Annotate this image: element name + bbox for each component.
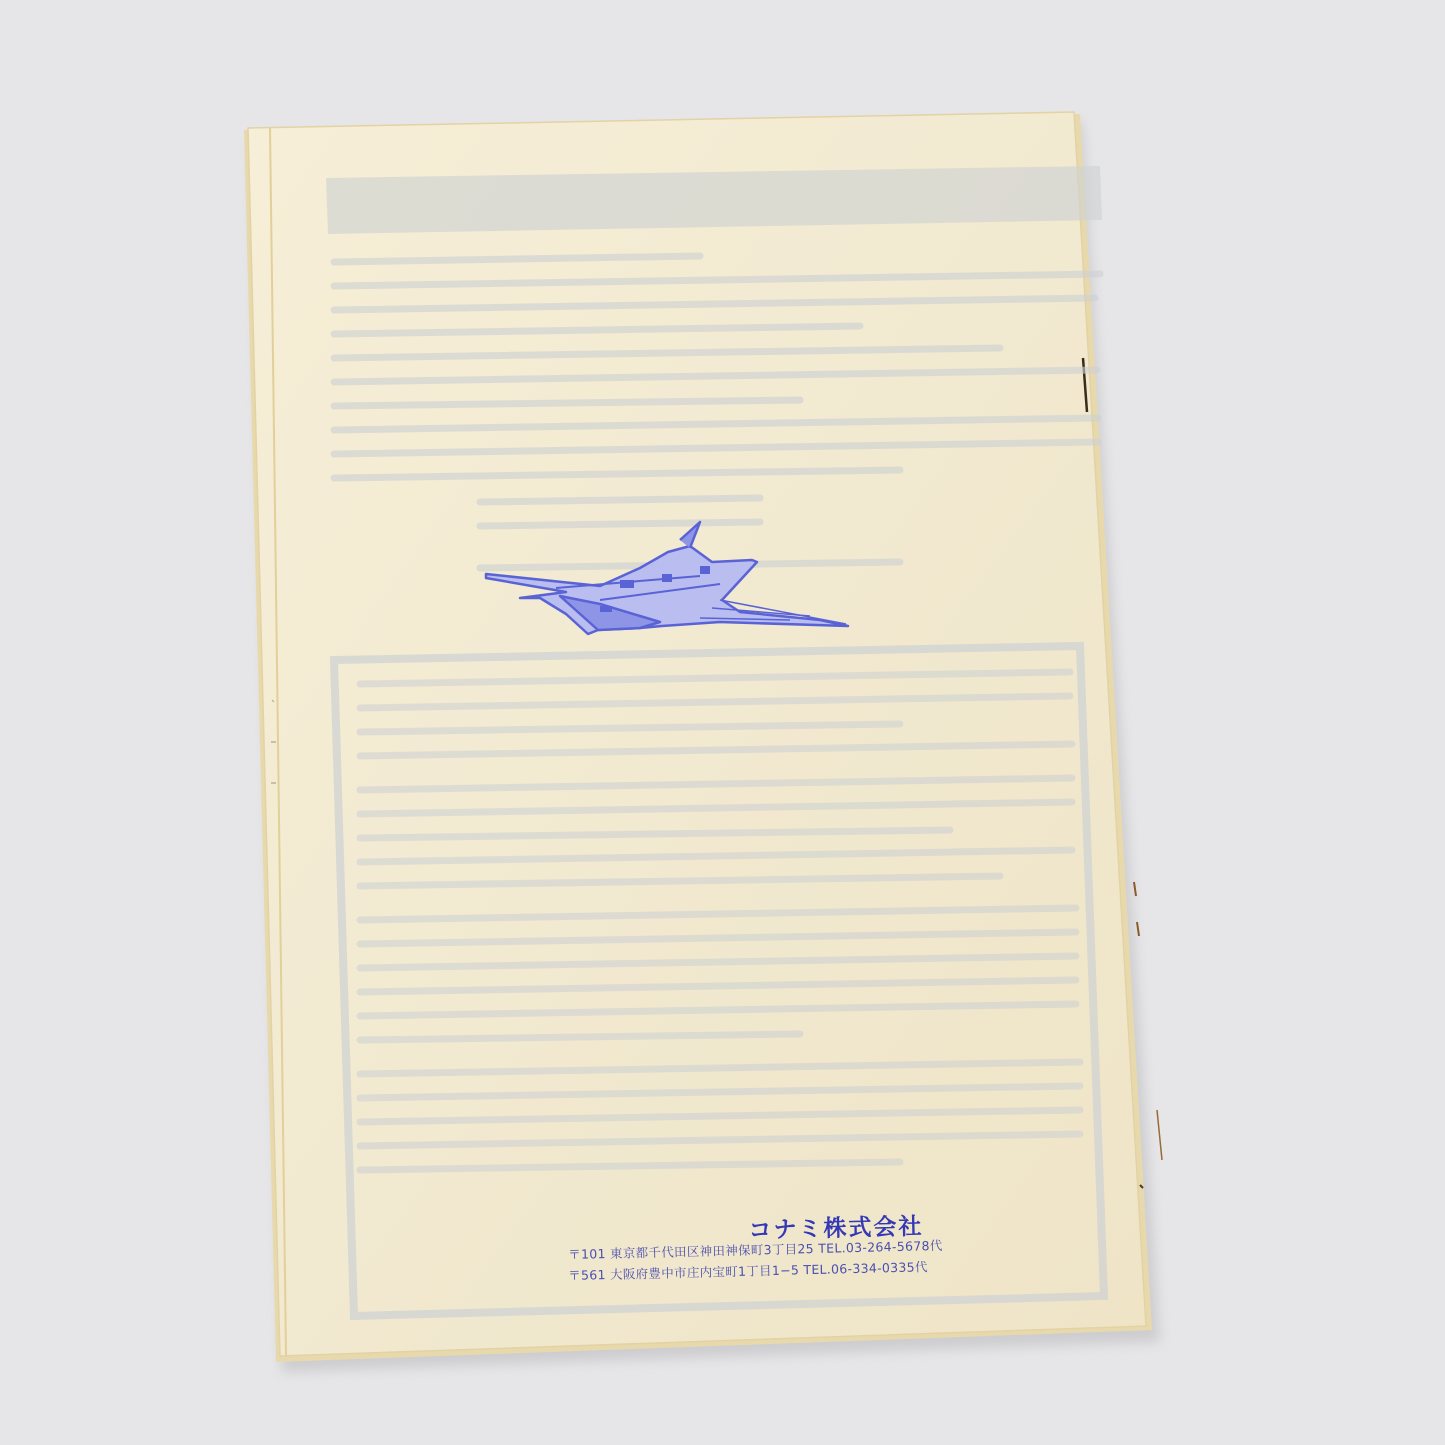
photo-scene bbox=[0, 0, 1445, 1445]
